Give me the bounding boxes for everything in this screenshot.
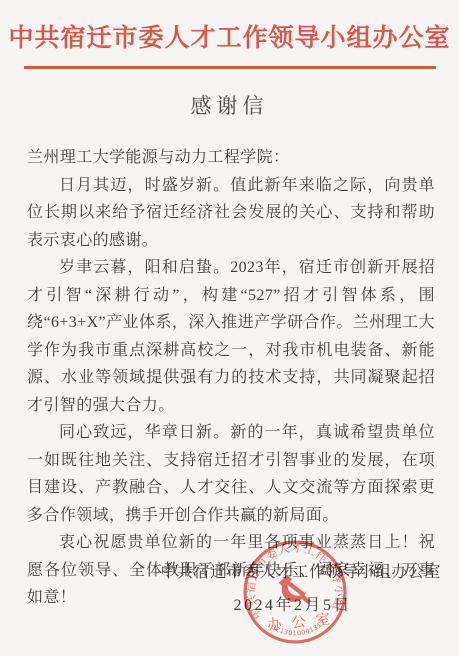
letter-page: 中共宿迁市委人才工作领导小组办公室 感谢信 兰州理工大学能源与动力工程学院： 日… (0, 0, 459, 656)
letter-body: 兰州理工大学能源与动力工程学院： 日月其迈，时盛岁新。值此新年来临之际，向贵单位… (27, 144, 435, 612)
paragraph-2: 岁聿云暮，阳和启蛰。2023年，宿迁市创新开展招才引智“深耕行动”，构建“527… (27, 254, 435, 419)
letterhead-divider (24, 66, 436, 69)
letterhead: 中共宿迁市委人才工作领导小组办公室 (0, 21, 459, 69)
paragraph-3: 同心致远，华章日新。新的一年，真诚希望贵单位一如既往地关注、支持宿迁招才引智事业… (27, 419, 435, 529)
letter-title: 感谢信 (0, 90, 459, 120)
signature-date: 2024年2月5日 (152, 595, 433, 617)
salutation: 兰州理工大学能源与动力工程学院： (27, 144, 435, 172)
signature-org: 中共宿迁市委人才工作领导小组办公室 (160, 562, 441, 584)
letterhead-org-name: 中共宿迁市委人才工作领导小组办公室 (0, 21, 459, 57)
paragraph-1: 日月其迈，时盛岁新。值此新年来临之际，向贵单位长期以来给予宿迁经济社会发展的关心… (27, 172, 435, 255)
seal-code: 3213010001317 (270, 618, 329, 640)
signature-block: 中共宿迁市委人才工作领导小组办公室 2024年2月5日 (160, 562, 441, 617)
